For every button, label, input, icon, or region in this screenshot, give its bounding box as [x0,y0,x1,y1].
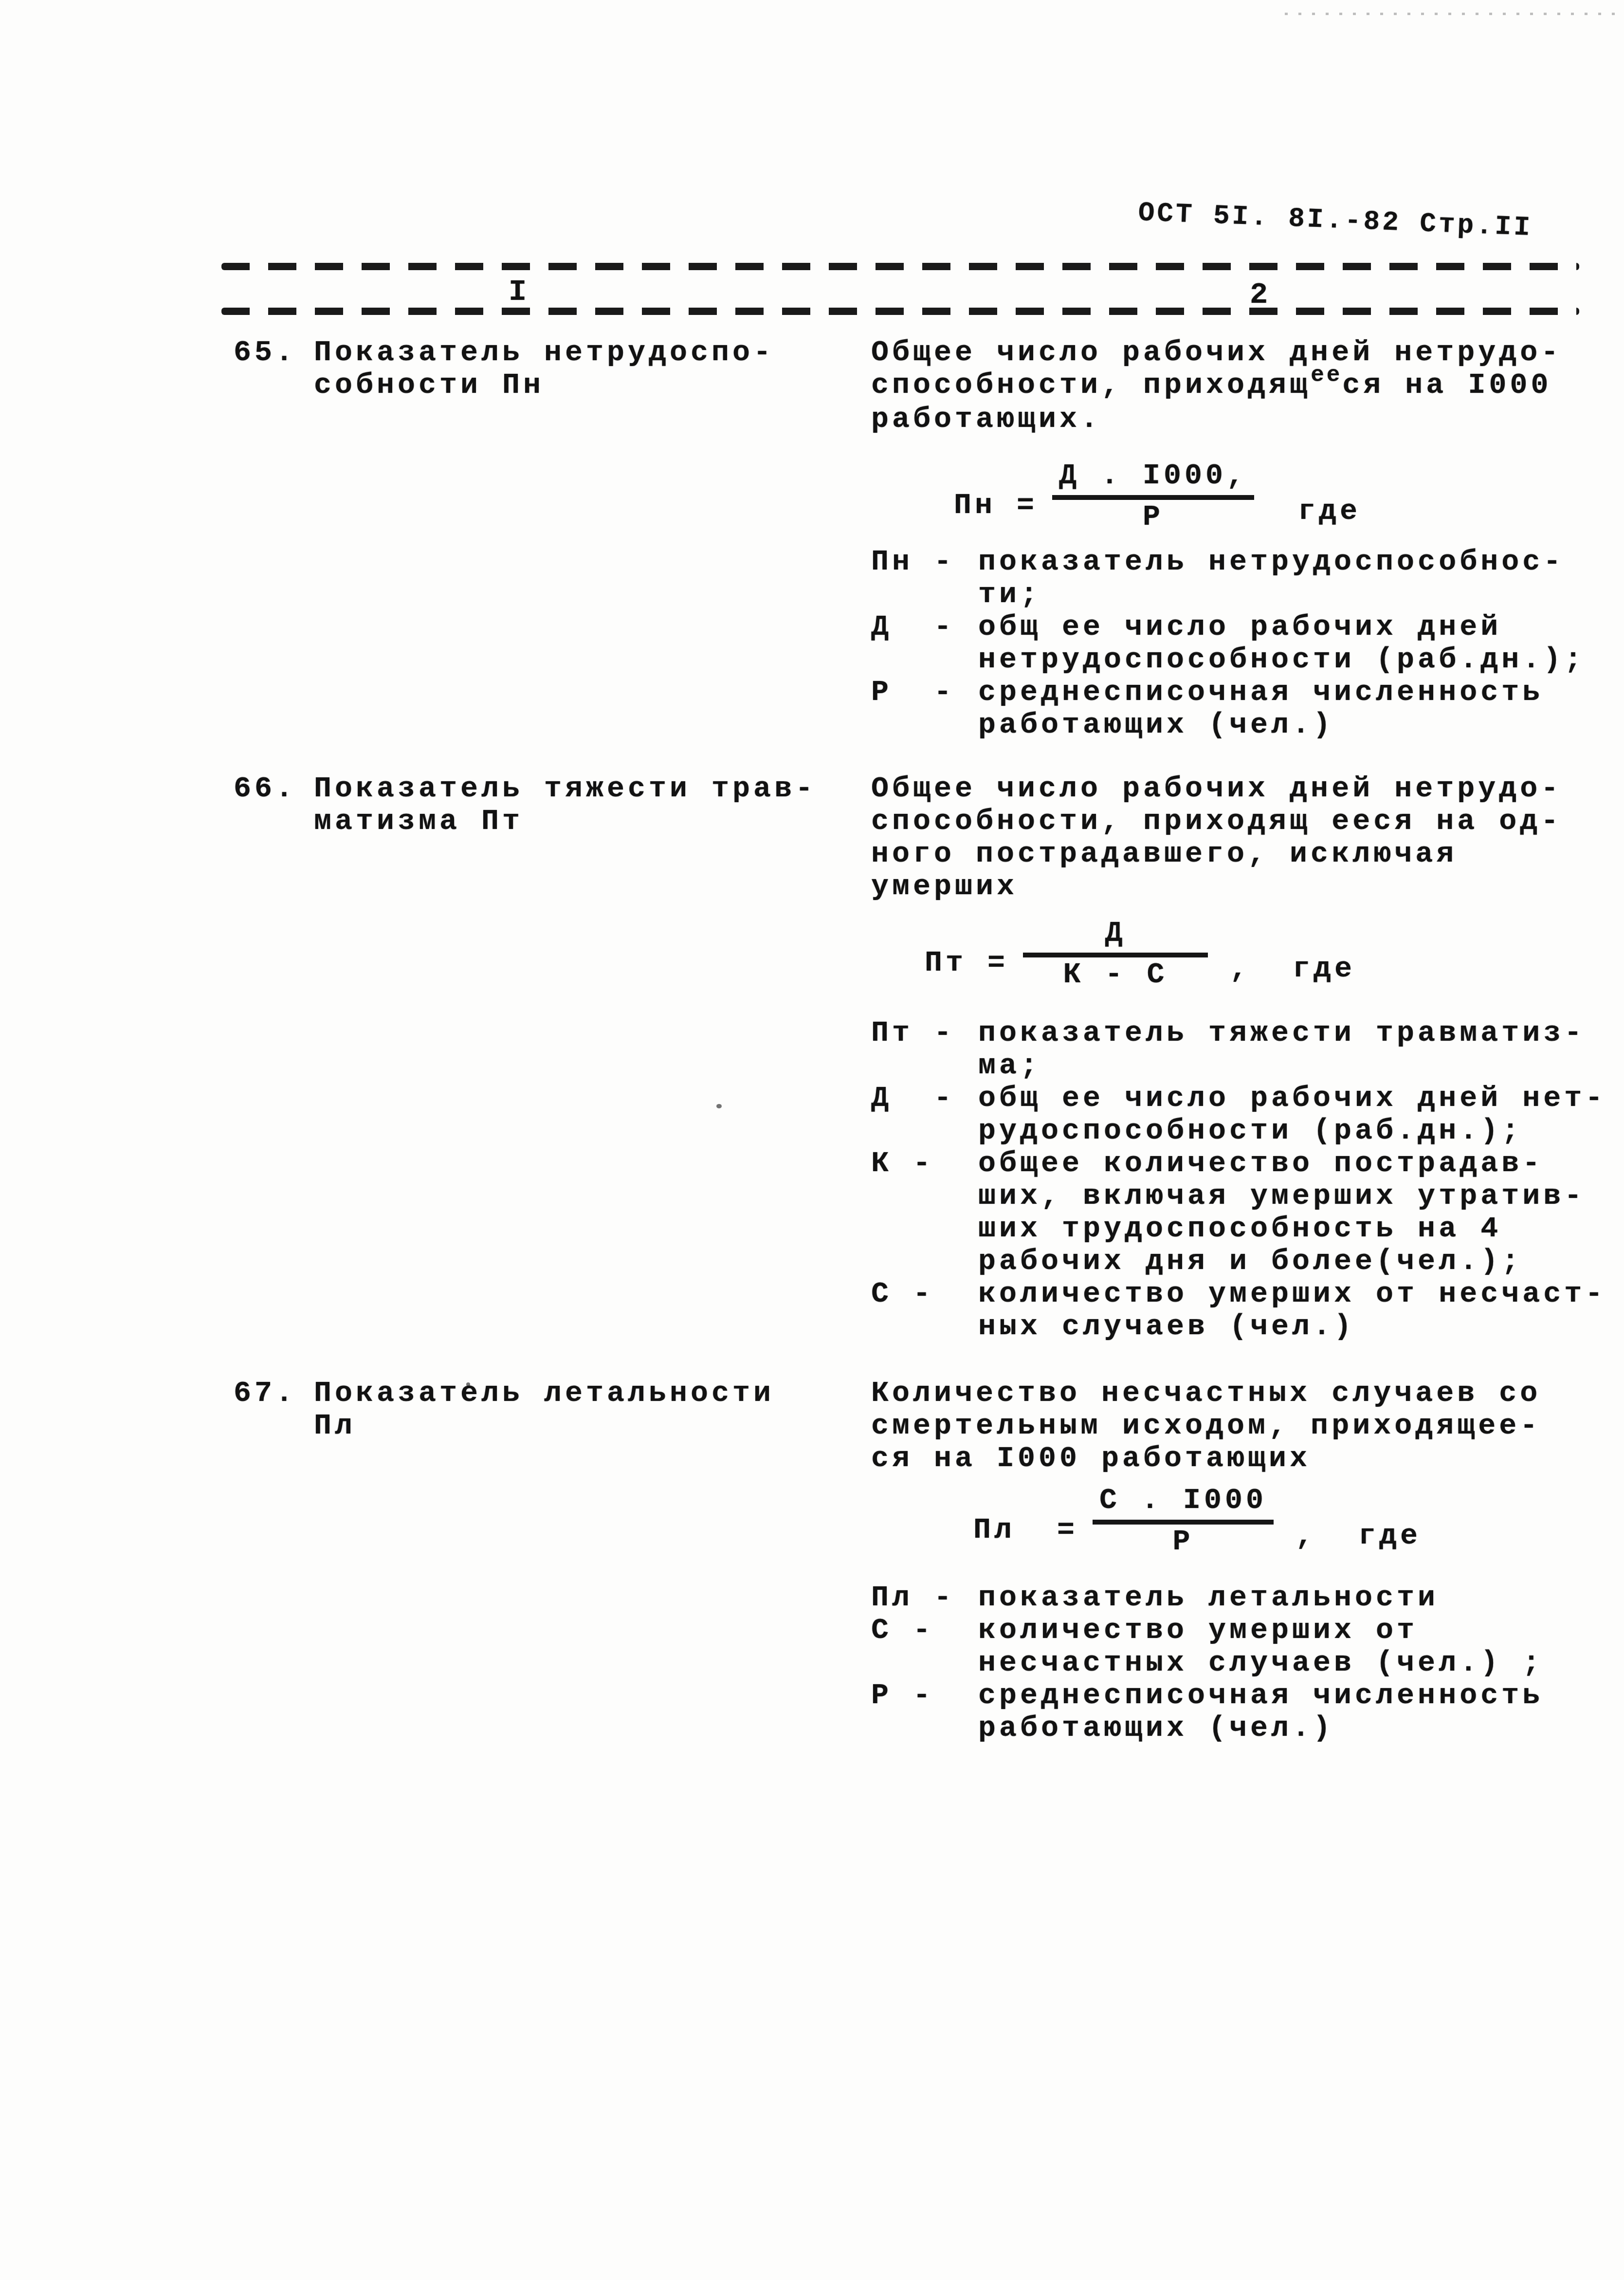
term-text: матизма Пт [314,806,857,838]
fraction-denominator: К - С [1063,959,1168,992]
fraction-denominator: Р [1173,1526,1194,1559]
text-line: работающих (чел.) [978,709,1621,742]
formula-where: , где [1296,1520,1421,1553]
text-line: среднесписочная численность [978,677,1621,709]
definition-67: Количество несчастных случаев со смертел… [871,1378,1616,1475]
definition-line: Общее число рабочих дней нетрудо- [871,337,1616,369]
text-line: нетрудоспособности (раб.дн.); [978,644,1621,677]
fraction: Д . I000, Р [1052,460,1254,534]
symbol: Пн - [871,546,978,611]
text-line: среднесписочная численность [978,1680,1621,1712]
text-line: ших, включая умерших утратив- [978,1180,1621,1213]
symbol-definition: Пл - показатель летальности [871,1582,1621,1615]
term-66: 66. Показатель тяжести трав- матизма Пт [234,773,857,838]
scan-speck [716,1104,722,1108]
term-line: 66. Показатель тяжести трав- [234,773,857,806]
symbol-definition: Д - общ ее число рабочих дней нетрудоспо… [871,611,1621,677]
symbol-definition: К - общее количество пострадав- ших, вкл… [871,1148,1621,1278]
symbol-legend-66: Пт - показатель тяжести травматиз- ма; Д… [871,1017,1621,1343]
symbol-definition: Пт - показатель тяжести травматиз- ма; [871,1017,1621,1083]
fraction: С . I000 Р [1093,1485,1274,1559]
text-line: работающих (чел.) [978,1712,1621,1745]
fraction-denominator: Р [1143,501,1164,534]
term-text: Показатель летальности [314,1378,774,1410]
symbol: С - [871,1615,978,1680]
formula-where: где [1298,496,1361,528]
symbol: С - [871,1278,978,1343]
symbol-definition: С - количество умерших от несчаст- ных с… [871,1278,1621,1343]
text-line: показатель тяжести травматиз- [978,1017,1621,1050]
term-text: Показатель нетрудоспо- [314,337,774,369]
symbol-description: общ ее число рабочих дней нетрудоспособн… [978,611,1621,677]
definition-line: смертельным исходом, приходящее- [871,1410,1616,1443]
fraction: Д К - С [1023,918,1208,992]
definition-line: ного пострадавшего, исключая [871,838,1616,871]
symbol: Р - [871,1680,978,1745]
definition-65: Общее число рабочих дней нетрудо- способ… [871,337,1616,436]
symbol-description: показатель нетрудоспособнос- ти; [978,546,1621,611]
symbol-description: общее количество пострадав- ших, включая… [978,1148,1621,1278]
scan-noise-line [1285,13,1621,15]
text-line: ма; [978,1050,1621,1083]
symbol: Д - [871,611,978,677]
formula-lhs: Пн = [954,490,1038,522]
formula-where: , где [1230,953,1355,986]
formula-lhs: Пл = [973,1514,1078,1547]
symbol: К - [871,1148,978,1278]
definition-line: Количество несчастных случаев со [871,1378,1616,1410]
text-line: показатель нетрудоспособнос- [978,546,1621,579]
symbol-description: среднесписочная численность работающих (… [978,1680,1621,1745]
table-header-border [221,308,1579,315]
term-text: собности Пн [314,369,857,402]
text-line: несчастных случаев (чел.) ; [978,1647,1621,1680]
symbol-description: показатель летальности [978,1582,1621,1615]
text-line: количество умерших от [978,1615,1621,1647]
symbol-definition: Р - среднесписочная численность работающ… [871,677,1621,742]
symbol: Д - [871,1083,978,1148]
term-text: Показатель тяжести трав- [314,773,816,806]
definition-line: способности, приходящееся на I000 [871,369,1616,404]
formula-66: Пт = Д К - С , где [925,918,1355,992]
symbol-description: среднесписочная численность работающих (… [978,677,1621,742]
item-number: 65. [234,337,314,369]
term-line: 65. Показатель нетрудоспо- [234,337,857,369]
symbol: Пт - [871,1017,978,1083]
symbol-definition: Пн - показатель нетрудоспособнос- ти; [871,546,1621,611]
symbol: Р - [871,677,978,742]
term-text: Пл [314,1410,857,1443]
formula-lhs: Пт = [925,947,1008,980]
symbol-legend-67: Пл - показатель летальности С - количест… [871,1582,1621,1745]
text-line: рабочих дня и более(чел.); [978,1246,1621,1278]
fraction-numerator: Д . I000, [1052,460,1254,500]
text-line: общ ее число рабочих дней [978,611,1621,644]
text-line: общ ее число рабочих дней нет- [978,1083,1621,1115]
term-line: 67. Показатель летальности [234,1378,857,1410]
symbol-legend-65: Пн - показатель нетрудоспособнос- ти; Д … [871,546,1621,742]
symbol: Пл - [871,1582,978,1615]
definition-text: способности, приходящ [871,369,1311,402]
definition-line: способности, приходящ ееся на од- [871,806,1616,838]
symbol-definition: Р - среднесписочная численность работающ… [871,1680,1621,1745]
term-65: 65. Показатель нетрудоспо- собности Пн [234,337,857,402]
formula-67: Пл = С . I000 Р , где [973,1485,1421,1559]
item-number: 66. [234,773,314,806]
text-line: ших трудоспособность на 4 [978,1213,1621,1246]
term-67: 67. Показатель летальности Пл [234,1378,857,1443]
text-line: общее количество пострадав- [978,1148,1621,1180]
symbol-description: общ ее число рабочих дней нет- рудоспосо… [978,1083,1621,1148]
text-line: показатель летальности [978,1582,1621,1615]
definition-line: работающих. [871,404,1616,436]
definition-line: умерших [871,871,1616,903]
symbol-definition: С - количество умерших от несчастных слу… [871,1615,1621,1680]
symbol-description: количество умерших от несчаст- ных случа… [978,1278,1621,1343]
typo-correction-superscript: ее [1311,363,1342,388]
definition-line: Общее число рабочих дней нетрудо- [871,773,1616,806]
definition-text: ся на I000 [1342,369,1551,402]
definition-line: ся на I000 работающих [871,1443,1616,1475]
text-line: ных случаев (чел.) [978,1311,1621,1343]
fraction-numerator: С . I000 [1093,1485,1274,1525]
document-page: ОСТ 5I. 8I.-82 Стр.II I 2 65. Показатель… [0,0,1624,2280]
symbol-description: количество умерших от несчастных случаев… [978,1615,1621,1680]
formula-65: Пн = Д . I000, Р где [954,460,1361,534]
text-line: количество умерших от несчаст- [978,1278,1621,1311]
standard-reference: ОСТ 5I. 8I.-82 Стр.II [1137,197,1533,244]
fraction-numerator: Д [1023,918,1208,957]
symbol-description: показатель тяжести травматиз- ма; [978,1017,1621,1083]
table-top-border [221,263,1579,270]
item-number: 67. [234,1378,314,1410]
symbol-definition: Д - общ ее число рабочих дней нет- рудос… [871,1083,1621,1148]
text-line: рудоспособности (раб.дн.); [978,1115,1621,1148]
column-2-label: 2 [1250,278,1271,311]
text-line: ти; [978,579,1621,611]
definition-66: Общее число рабочих дней нетрудо- способ… [871,773,1616,903]
column-1-label: I [509,276,530,308]
